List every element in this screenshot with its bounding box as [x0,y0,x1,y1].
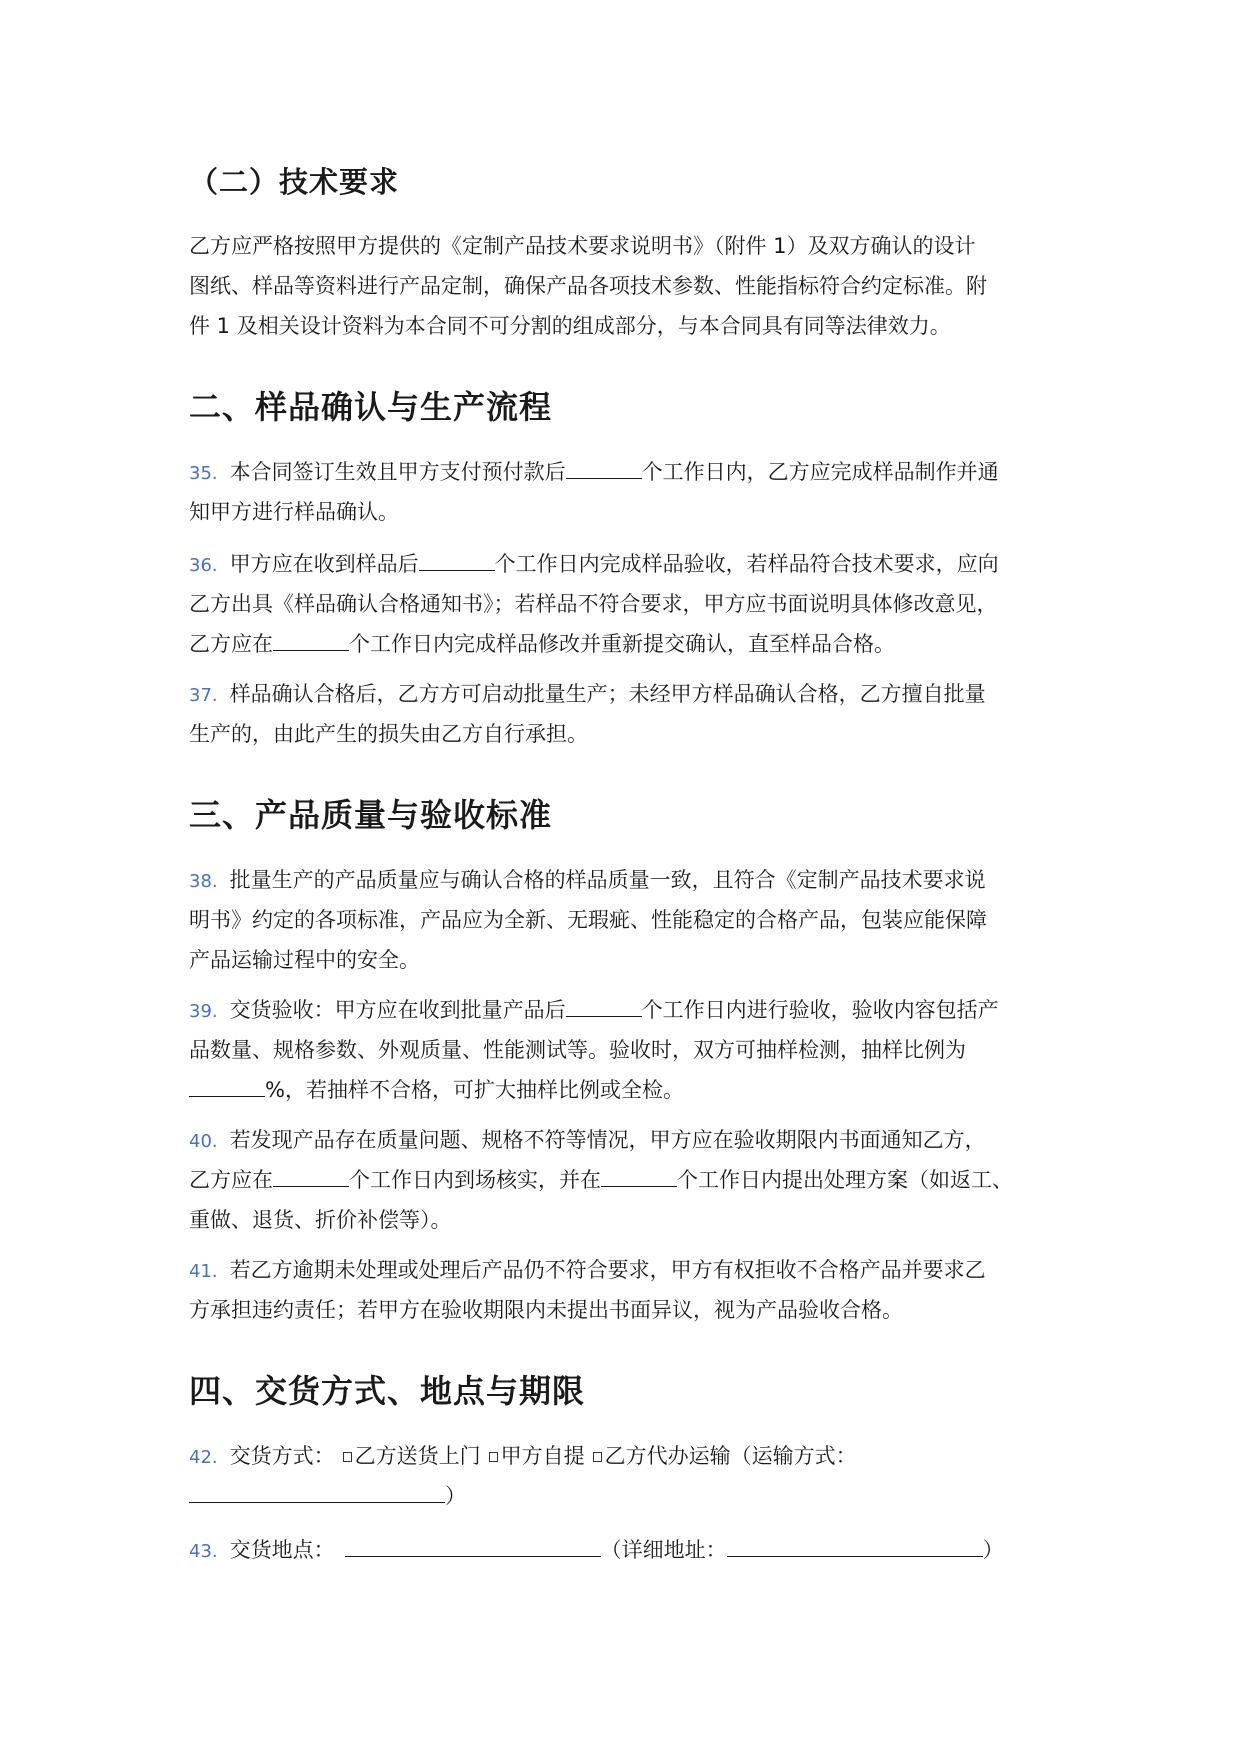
checkbox-icon[interactable] [489,1452,498,1462]
fill-blank-delivery-location[interactable] [345,1534,601,1557]
clause-number: 38. [189,871,218,892]
clause-39: 39.交货验收：甲方应在收到批量产品后个工作日内进行验收，验收内容包括产 品数量… [189,990,1059,1110]
clause-43: 43.交货地点：（详细地址：） [189,1530,1059,1570]
clause-36: 36.甲方应在收到样品后个工作日内完成样品验收，若样品符合技术要求，应向 乙方出… [189,544,1059,664]
clause-number: 41. [189,1261,218,1282]
fill-blank-days[interactable] [566,994,642,1017]
clause-number: 37. [189,685,218,706]
paragraph-line: 乙方应严格按照甲方提供的《定制产品技术要求说明书》（附件 1）及双方确认的设计 [189,226,1059,266]
paragraph-line: 件 1 及相关设计资料为本合同不可分割的组成部分，与本合同具有同等法律效力。 [189,306,1059,346]
fill-blank-days[interactable] [273,1164,349,1187]
fill-blank-days[interactable] [566,456,642,479]
clause-40: 40.若发现产品存在质量问题、规格不符等情况，甲方应在验收期限内书面通知乙方， … [189,1120,1059,1240]
clause-38: 38.批量生产的产品质量应与确认合格的样品质量一致，且符合《定制产品技术要求说 … [189,860,1059,980]
section-title-2: 二、样品确认与生产流程 [189,382,552,428]
fill-blank-days[interactable] [273,628,349,651]
clause-number: 36. [189,555,218,576]
clause-number: 43. [189,1541,218,1562]
paragraph-line: 图纸、样品等资料进行产品定制，确保产品各项技术参数、性能指标符合约定标准。附 [189,266,1059,306]
checkbox-icon[interactable] [343,1452,352,1462]
checkbox-icon[interactable] [593,1452,602,1462]
clause-number: 40. [189,1131,218,1152]
clause-number: 42. [189,1447,218,1468]
clause-41: 41.若乙方逾期未处理或处理后产品仍不符合要求，甲方有权拒收不合格产品并要求乙 … [189,1250,1059,1330]
clause-37: 37.样品确认合格后，乙方方可启动批量生产；未经甲方样品确认合格，乙方擅自批量 … [189,674,1059,754]
clause-number: 39. [189,1001,218,1022]
fill-blank-days[interactable] [601,1164,677,1187]
section-title-3: 三、产品质量与验收标准 [189,790,552,836]
section-title-4: 四、交货方式、地点与期限 [189,1366,585,1412]
clause-42: 42.交货方式：乙方送货上门甲方自提乙方代办运输（运输方式： ） [189,1436,1059,1516]
clause-number: 35. [189,463,218,484]
fill-blank-days[interactable] [419,548,495,571]
clause-35: 35.本合同签订生效且甲方支付预付款后个工作日内，乙方应完成样品制作并通 知甲方… [189,452,1059,532]
fill-blank-detailed-address[interactable] [727,1534,983,1557]
fill-blank-percent[interactable] [189,1074,265,1097]
tech-requirements-paragraph: 乙方应严格按照甲方提供的《定制产品技术要求说明书》（附件 1）及双方确认的设计 … [189,226,1059,346]
subsection-title: （二）技术要求 [189,160,399,201]
fill-blank-transport-method[interactable] [189,1480,445,1503]
